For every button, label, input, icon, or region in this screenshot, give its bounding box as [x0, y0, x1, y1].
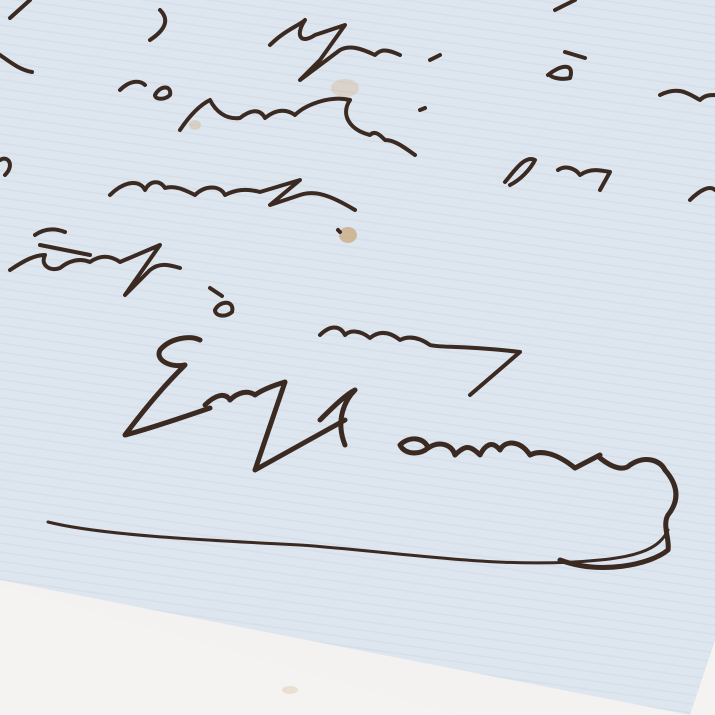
paper-sheet [0, 0, 715, 715]
letter-photo: Gve Flaubert [0, 0, 715, 715]
letter-artwork [0, 0, 715, 715]
